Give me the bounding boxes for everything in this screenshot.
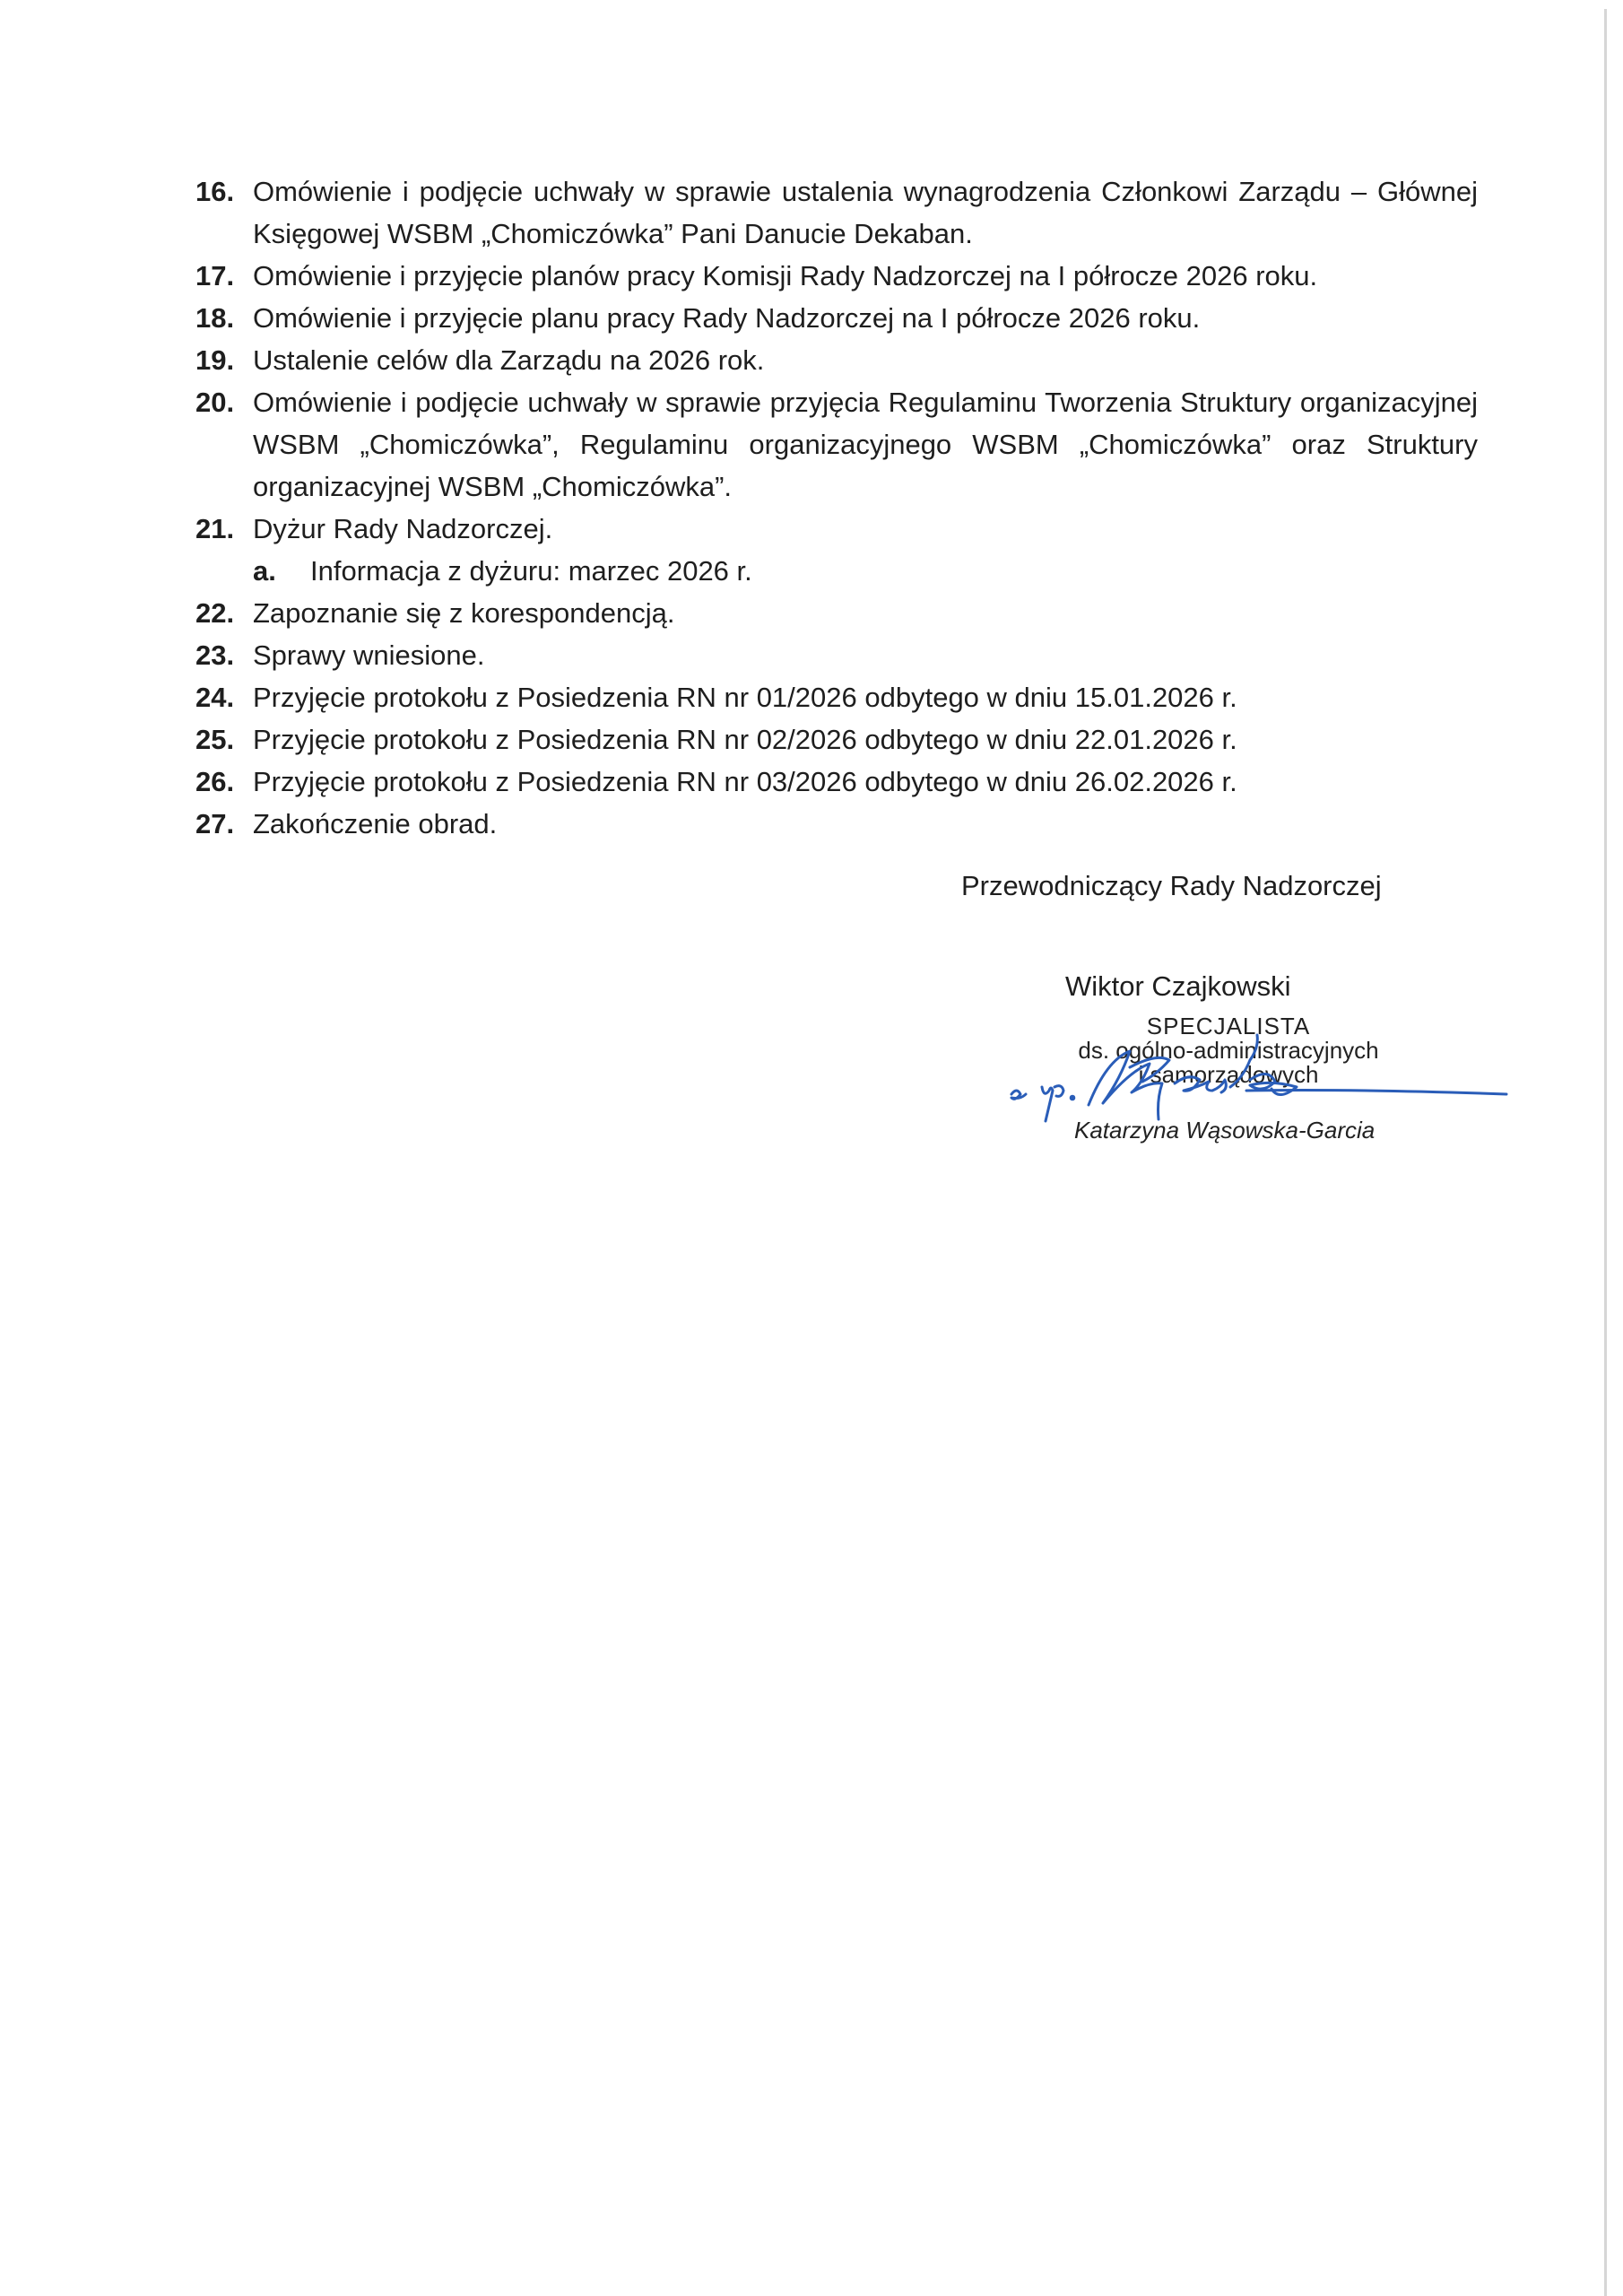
stamp-signer: Katarzyna Wąsowska-Garcia xyxy=(1074,1117,1375,1144)
handwritten-signature-icon xyxy=(995,1031,1515,1130)
signature-block: Przewodniczący Rady Nadzorczej Wiktor Cz… xyxy=(0,0,1623,1256)
chair-title: Przewodniczący Rady Nadzorczej xyxy=(961,868,1382,904)
chair-name: Wiktor Czajkowski xyxy=(1065,969,1290,1004)
